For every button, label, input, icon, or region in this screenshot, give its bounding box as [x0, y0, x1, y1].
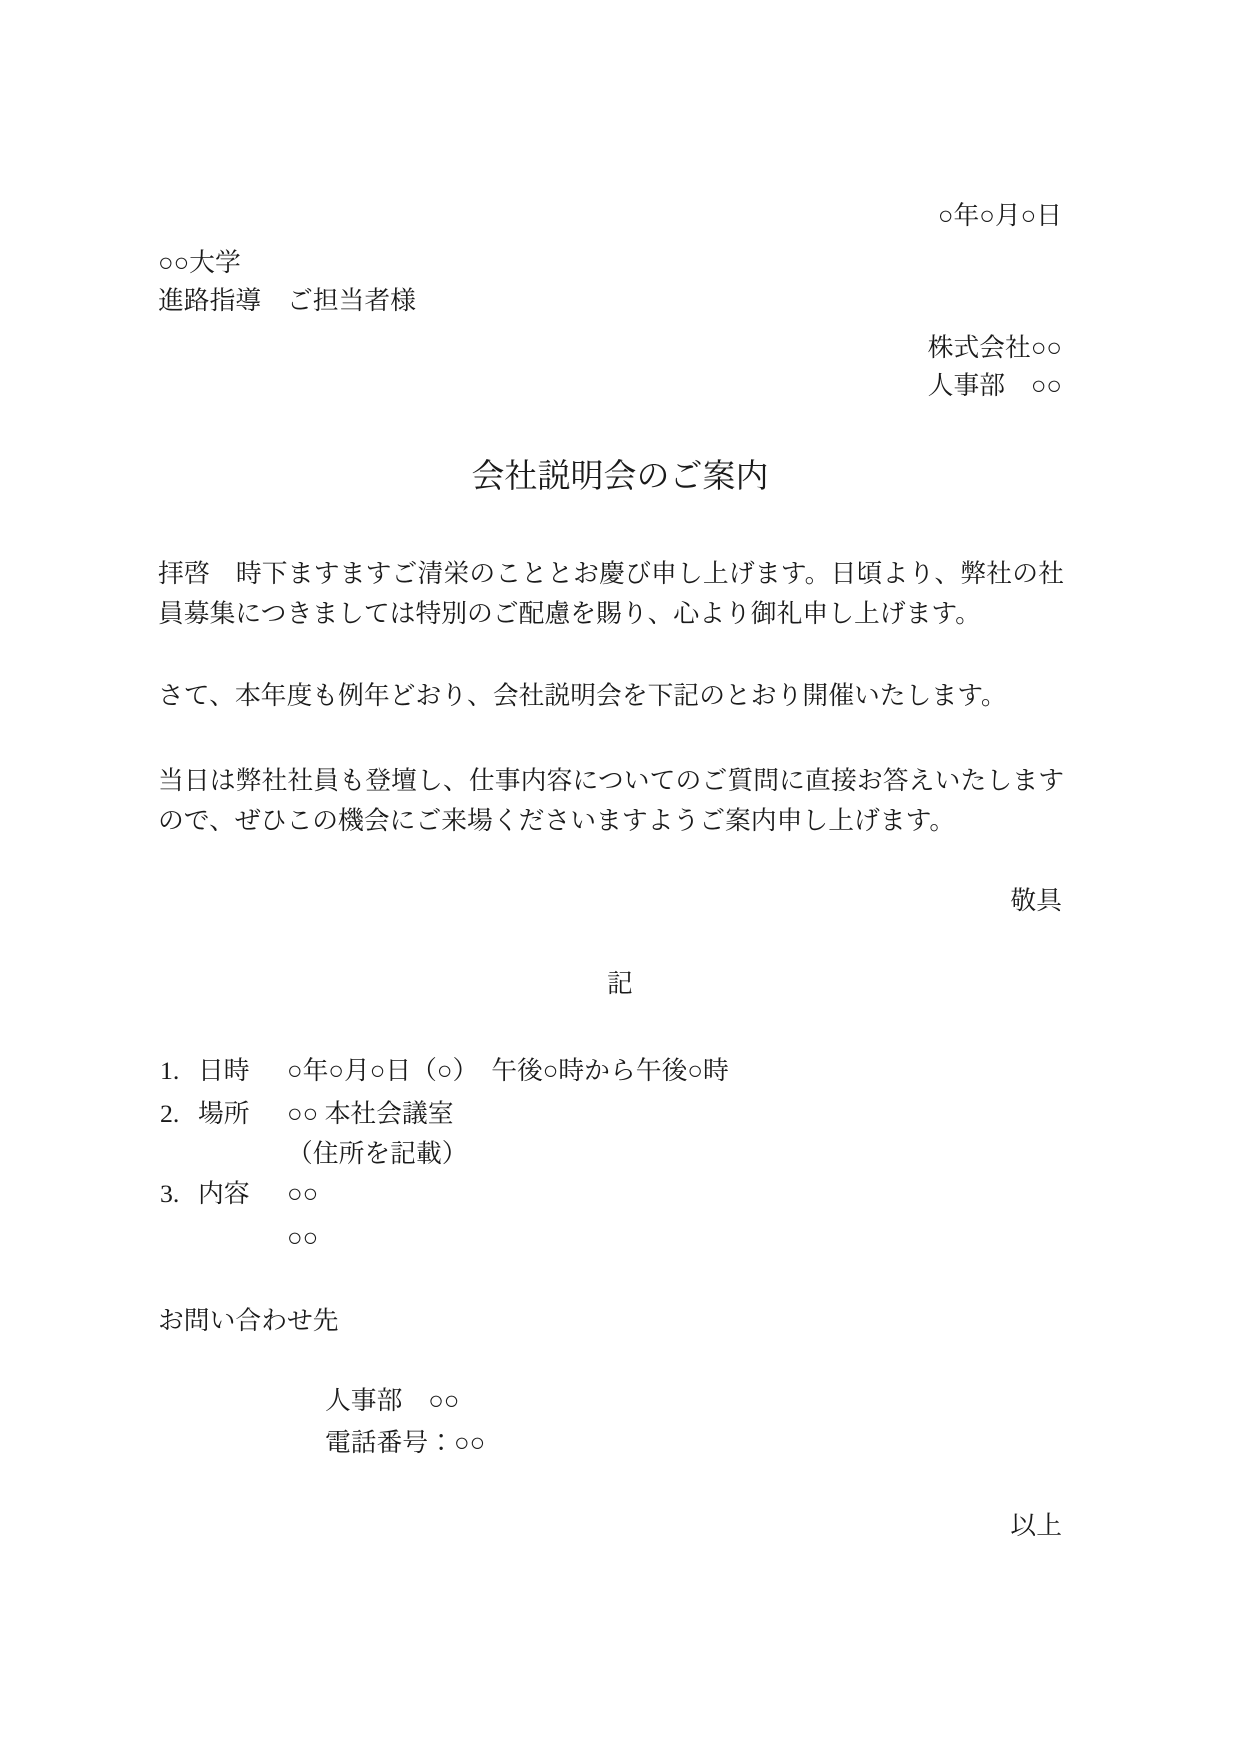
recipient-university: ○○大学: [158, 243, 241, 283]
document-title: 会社説明会のご案内: [0, 455, 1240, 499]
notice-item-content-second: ○○: [287, 1218, 318, 1258]
item-value: ○○: [287, 1174, 318, 1214]
sender-department: 人事部 ○○: [928, 366, 1062, 406]
sender-company: 株式会社○○: [928, 328, 1062, 368]
item-number: 1.: [160, 1051, 198, 1091]
item-label: 内容: [198, 1174, 287, 1214]
notice-heading-ki: 記: [0, 964, 1240, 1004]
item-label: 日時: [198, 1051, 287, 1091]
contact-heading: お問い合わせ先: [158, 1301, 339, 1341]
notice-item-place: 2. 場所 ○○ 本社会議室: [160, 1094, 454, 1134]
recipient-contact-person: 進路指導 ご担当者様: [158, 281, 416, 321]
item-value: ○○ 本社会議室: [287, 1094, 454, 1134]
body-paragraph-invitation: 当日は弊社社員も登壇し、仕事内容についてのご質問に直接お答えいたしますので、ぜひ…: [158, 761, 1064, 841]
contact-phone: 電話番号：○○: [325, 1423, 485, 1463]
notice-item-datetime: 1. 日時 ○年○月○日（○） 午後○時から午後○時: [160, 1051, 729, 1091]
body-paragraph-greeting: 拝啓 時下ますますご清栄のこととお慶び申し上げます。日頃より、弊社の社員募集につ…: [158, 554, 1064, 634]
closing-keigu: 敬具: [1010, 881, 1062, 921]
item-number: 3.: [160, 1174, 198, 1214]
end-marker-ijou: 以上: [1010, 1506, 1062, 1546]
item-value: ○年○月○日（○） 午後○時から午後○時: [287, 1051, 729, 1091]
contact-department: 人事部 ○○: [325, 1381, 459, 1421]
item-label: 場所: [198, 1094, 287, 1134]
letter-date: ○年○月○日: [938, 196, 1062, 236]
body-paragraph-announcement: さて、本年度も例年どおり、会社説明会を下記のとおり開催いたします。: [158, 676, 1064, 716]
notice-item-place-address-note: （住所を記載）: [287, 1134, 468, 1174]
letter-page: ○年○月○日 ○○大学 進路指導 ご担当者様 株式会社○○ 人事部 ○○ 会社説…: [0, 0, 1240, 1754]
item-number: 2.: [160, 1094, 198, 1134]
notice-item-content: 3. 内容 ○○: [160, 1174, 318, 1214]
